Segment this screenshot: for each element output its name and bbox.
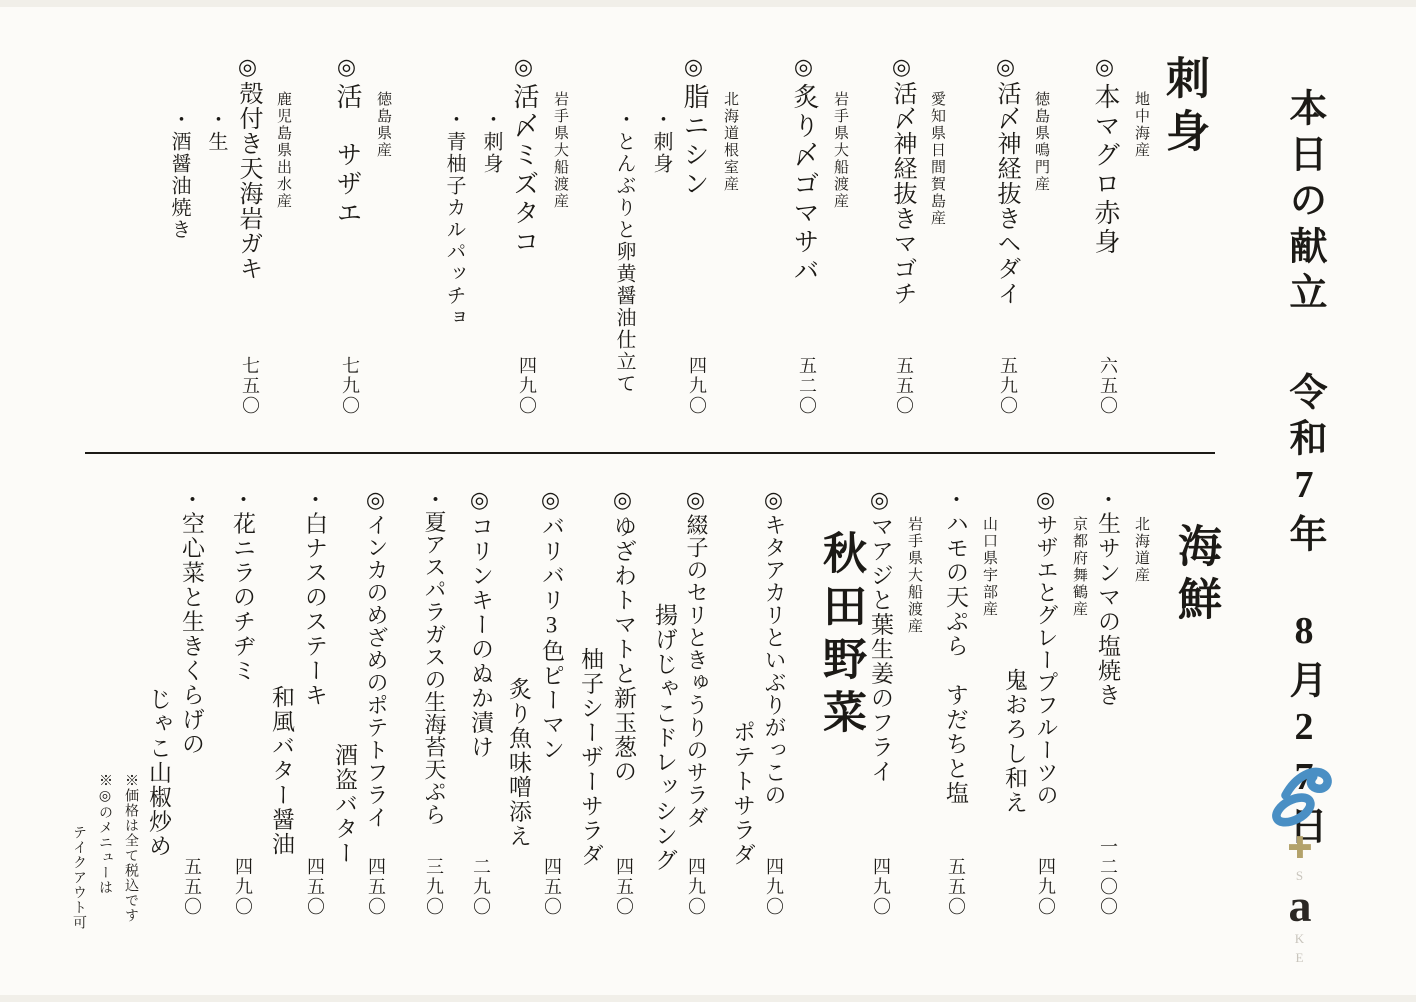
item-price: 五五〇 — [943, 857, 969, 917]
item-name: 活〆神経抜きマゴチ — [889, 81, 915, 306]
item-origin: 山口県宇部産 — [979, 488, 1000, 935]
takeout-marker: ◎ — [364, 488, 389, 514]
item-name: 花ニラのチヂミ — [230, 512, 255, 684]
photo-edge-bottom — [0, 995, 1416, 1002]
menu-footnotes: ※価格は全て税込です ※◎のメニューは テイクアウト可 — [62, 773, 140, 943]
section-sashimi: 刺身 地中海産 ◎本マグロ赤身 六五〇 徳島県鳴門産 ◎活〆神経抜きヘダイ 五九… — [0, 55, 1416, 430]
menu-item: 愛知県日間賀島産 ◎活〆神経抜きマゴチ 五五〇 — [885, 55, 948, 430]
item-name: 殻付き天海岩ガキ — [235, 81, 261, 281]
item-name-line2: 炙り魚味噌添え — [502, 488, 535, 935]
item-origin: 愛知県日間賀島産 — [927, 55, 948, 430]
item-name: バリバリ3色ピーマン — [539, 515, 564, 762]
item-price: 四五〇 — [539, 857, 565, 917]
item-sub-option: ・酒醤油焼き — [165, 55, 194, 430]
item-name: 白ナスのステーキ — [302, 512, 327, 708]
item-price: 一二〇〇 — [1095, 837, 1121, 917]
takeout-marker: ◎ — [868, 488, 893, 515]
menu-item: ・花ニラのチヂミ 四九〇 — [226, 488, 259, 935]
item-origin: 北海道産 — [1131, 488, 1152, 935]
menu-item: 岩手県大船渡産 ◎炙り〆ゴマサバ 五二〇 — [786, 55, 851, 430]
item-price: 四五〇 — [302, 857, 328, 917]
item-name: 活〆ミズタコ — [510, 83, 539, 257]
bullet-marker: ・ — [943, 488, 968, 512]
logo-letter-e: E — [1296, 950, 1305, 965]
menu-item: 北海道産 ・生サンマの塩焼き 一二〇〇 — [1091, 488, 1152, 935]
bullet-marker: ・ — [302, 488, 327, 512]
item-price: 三九〇 — [421, 857, 447, 917]
item-origin: 地中海産 — [1131, 55, 1152, 430]
section-heading-akita: 秋田野菜 — [808, 530, 872, 742]
item-price: 四五〇 — [611, 857, 637, 917]
takeout-marker: ◎ — [684, 488, 709, 514]
photo-edge-top — [0, 0, 1416, 7]
item-name: 活〆神経抜きヘダイ — [993, 81, 1019, 306]
item-name: 生サンマの塩焼き — [1095, 512, 1120, 708]
item-name: インカのめざめのポテトフライ — [364, 514, 389, 829]
menu-item: ・白ナスのステーキ 和風バター醤油 四五〇 — [259, 488, 331, 935]
item-origin: 岩手県大船渡産 — [830, 55, 851, 430]
menu-item: ◎インカのめざめのポテトフライ 酒盗バター 四五〇 — [322, 488, 392, 935]
item-price: 七九〇 — [337, 356, 363, 416]
item-name: 脂ニシン — [680, 83, 709, 199]
item-origin: 北海道根室産 — [720, 55, 741, 430]
menu-item: ◎コリンキーのぬか漬け 二九〇 — [464, 488, 497, 935]
takeout-marker: ◎ — [1034, 488, 1059, 514]
menu-item: ・空心菜と生きくらげの じゃこ山椒炒め 五五〇 — [136, 488, 208, 935]
menu-item: 山口県宇部産 ・ハモの天ぷら すだちと塩 五五〇 — [939, 488, 1000, 935]
item-origin: 京都府舞鶴産 — [1069, 488, 1090, 935]
item-price: 五九〇 — [995, 356, 1021, 416]
item-price: 四九〇 — [230, 857, 256, 917]
item-price: 四五〇 — [363, 857, 389, 917]
item-name-line2: 柚子シーザーサラダ — [574, 488, 607, 935]
menu-item: 地中海産 ◎本マグロ赤身 六五〇 — [1087, 55, 1152, 430]
item-price: 四九〇 — [868, 857, 894, 917]
item-name: 空心菜と生きくらげの — [179, 512, 204, 757]
item-name: サザエとグレープフルーツの — [1034, 514, 1059, 807]
menu-page: 本日の献立令和7年 8月27日 ✚ S a K E 刺身 地中海産 ◎本マグロ赤… — [0, 0, 1416, 1002]
item-name-line2: 揚げじゃこドレッシング — [648, 488, 681, 935]
item-name: 活 サザエ — [333, 83, 362, 228]
item-name: 炙り〆ゴマサバ — [790, 83, 819, 286]
bullet-marker: ・ — [422, 488, 447, 511]
menu-item: 岩手県大船渡産 ◎マアジと葉生姜のフライ 四九〇 — [864, 488, 925, 935]
menu-item: ◎キタアカリといぶりがっこの ポテトサラダ 四九〇 — [720, 488, 790, 935]
item-name: コリンキーのぬか漬け — [468, 515, 493, 760]
item-name-line2: 和風バター醤油 — [265, 488, 298, 935]
item-price: 四九〇 — [514, 356, 540, 416]
menu-item: 岩手県大船渡産 ◎活〆ミズタコ ・刺身 ・青柚子カルパッチョ 四九〇 — [432, 55, 571, 430]
item-origin: 岩手県大船渡産 — [904, 488, 925, 935]
item-price: 四九〇 — [683, 857, 709, 917]
takeout-marker: ◎ — [682, 55, 707, 83]
item-price: 六五〇 — [1095, 356, 1121, 416]
item-name: 綴子のセリときゅうりのサラダ — [684, 514, 709, 829]
item-name-line2: ポテトサラダ — [726, 488, 759, 935]
takeout-marker: ◎ — [335, 55, 360, 83]
menu-item: 徳島県産 ◎活 サザエ 七九〇 — [329, 55, 394, 430]
item-sub-option: ・とんぶりと卵黄醤油仕立て — [610, 55, 639, 430]
item-price: 五二〇 — [794, 356, 820, 416]
menu-item: 徳島県鳴門産 ◎活〆神経抜きヘダイ 五九〇 — [989, 55, 1052, 430]
item-price: 四九〇 — [761, 857, 787, 917]
item-name: キタアカリといぶりがっこの — [762, 514, 787, 807]
takeout-marker: ◎ — [468, 488, 493, 515]
item-sub-option: ・刺身 — [477, 55, 506, 430]
bullet-marker: ・ — [179, 488, 204, 512]
item-origin: 徳島県鳴門産 — [1031, 55, 1052, 430]
footnote-tax: ※価格は全て税込です — [120, 773, 140, 943]
item-origin: 鹿児島県出水産 — [273, 55, 294, 430]
item-price: 四九〇 — [684, 356, 710, 416]
item-sub-option: ・青柚子カルパッチョ — [440, 55, 469, 430]
item-origin: 岩手県大船渡産 — [550, 55, 571, 430]
item-price: 五五〇 — [891, 356, 917, 416]
section-heading-kaisen: 海鮮 — [1163, 523, 1227, 629]
item-name: ゆざわトマトと新玉葱の — [611, 515, 636, 785]
section-kaisen-akita: 海鮮 北海道産 ・生サンマの塩焼き 一二〇〇 京都府舞鶴産 ◎サザエとグレープフ… — [0, 480, 1416, 935]
item-name-line2: 酒盗バター — [328, 488, 361, 935]
section-heading-sashimi: 刺身 — [1151, 55, 1215, 161]
takeout-marker: ◎ — [762, 488, 787, 514]
item-price: 七五〇 — [237, 356, 263, 416]
footnote-takeout-2: テイクアウト可 — [68, 773, 88, 943]
takeout-marker: ◎ — [611, 488, 636, 515]
takeout-marker: ◎ — [1093, 55, 1118, 83]
takeout-marker: ◎ — [236, 55, 261, 81]
takeout-marker: ◎ — [792, 55, 817, 83]
section-divider — [85, 452, 1215, 454]
item-price: 四九〇 — [1033, 857, 1059, 917]
item-name: 本マグロ赤身 — [1091, 83, 1120, 257]
menu-item: 京都府舞鶴産 ◎サザエとグレープフルーツの 鬼おろし和え 四九〇 — [992, 488, 1090, 935]
item-name: ハモの天ぷら すだちと塩 — [943, 512, 968, 806]
menu-item: ◎バリバリ3色ピーマン 炙り魚味噌添え 四五〇 — [496, 488, 568, 935]
item-price: 二九〇 — [468, 857, 494, 917]
footnote-takeout-1: ※◎のメニューは — [94, 773, 114, 943]
item-sub-option: ・生 — [202, 55, 231, 430]
item-name-line2: じゃこ山椒炒め — [142, 488, 175, 935]
takeout-marker: ◎ — [890, 55, 915, 81]
item-name: 夏アスパラガスの生海苔天ぷら — [422, 511, 447, 826]
menu-item: ・夏アスパラガスの生海苔天ぷら 三九〇 — [419, 488, 450, 935]
item-price: 五五〇 — [179, 857, 205, 917]
menu-item: 鹿児島県出水産 ◎殻付き天海岩ガキ ・生 ・酒醤油焼き 七五〇 — [157, 55, 294, 430]
menu-item: ◎綴子のセリときゅうりのサラダ 揚げじゃこドレッシング 四九〇 — [642, 488, 712, 935]
takeout-marker: ◎ — [994, 55, 1019, 81]
item-sub-option: ・刺身 — [647, 55, 676, 430]
bullet-marker: ・ — [1095, 488, 1120, 512]
takeout-marker: ◎ — [512, 55, 537, 83]
bullet-marker: ・ — [230, 488, 255, 512]
item-origin: 徳島県産 — [373, 55, 394, 430]
takeout-marker: ◎ — [539, 488, 564, 515]
item-name-line2: 鬼おろし和え — [998, 488, 1031, 935]
menu-item: ◎ゆざわトマトと新玉葱の 柚子シーザーサラダ 四五〇 — [568, 488, 640, 935]
menu-item: 北海道根室産 ◎脂ニシン ・刺身 ・とんぶりと卵黄醤油仕立て 四九〇 — [602, 55, 741, 430]
